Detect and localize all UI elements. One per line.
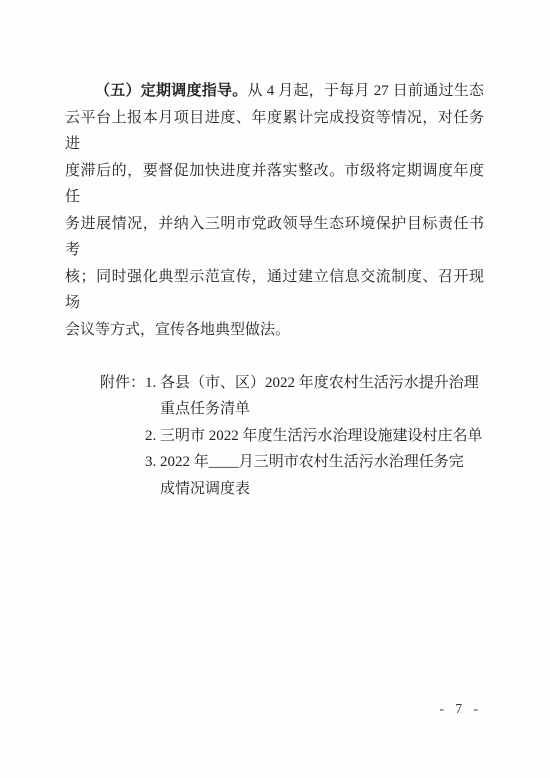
- page-number: - 7 -: [440, 701, 483, 717]
- document-page: （五）定期调度指导。从 4 月起，于每月 27 日前通过生态 云平台上报本月项目…: [0, 0, 550, 778]
- attachment-list: 1. 各县（市、区）2022 年度农村生活污水提升治理 重点任务清单 2. 三明…: [145, 370, 484, 503]
- document-body: （五）定期调度指导。从 4 月起，于每月 27 日前通过生态 云平台上报本月项目…: [65, 78, 484, 502]
- paragraph-line-1: （五）定期调度指导。从 4 月起，于每月 27 日前通过生态: [65, 78, 484, 105]
- attachment-item-2: 2. 三明市 2022 年度生活污水治理设施建设村庄名单: [145, 423, 484, 450]
- paragraph-line-5: 核；同时强化典型示范宣传，通过建立信息交流制度、召开现场: [65, 264, 484, 317]
- attachment-item-1-line-1: 1. 各县（市、区）2022 年度农村生活污水提升治理: [145, 370, 484, 397]
- attachment-item-1-line-2: 重点任务清单: [145, 396, 484, 423]
- attachment-section: 附件： 1. 各县（市、区）2022 年度农村生活污水提升治理 重点任务清单 2…: [100, 370, 484, 503]
- paragraph-line-4: 务进展情况，并纳入三明市党政领导生态环境保护目标责任书考: [65, 211, 484, 264]
- section-heading: （五）定期调度指导。: [95, 83, 248, 99]
- paragraph-line-3: 度滞后的，要督促加快进度并落实整改。市级将定期调度年度任: [65, 158, 484, 211]
- paragraph-line-2: 云平台上报本月项目进度、年度累计完成投资等情况，对任务进: [65, 105, 484, 158]
- paragraph-line-6: 会议等方式，宣传各地典型做法。: [65, 317, 484, 344]
- attachment-item-3-line-1: 3. 2022 年____月三明市农村生活污水治理任务完: [145, 449, 484, 476]
- attachment-item-3-line-2: 成情况调度表: [145, 476, 484, 503]
- attachment-label: 附件：: [100, 370, 145, 503]
- paragraph-line-1-text: 从 4 月起，于每月 27 日前通过生态: [248, 83, 484, 99]
